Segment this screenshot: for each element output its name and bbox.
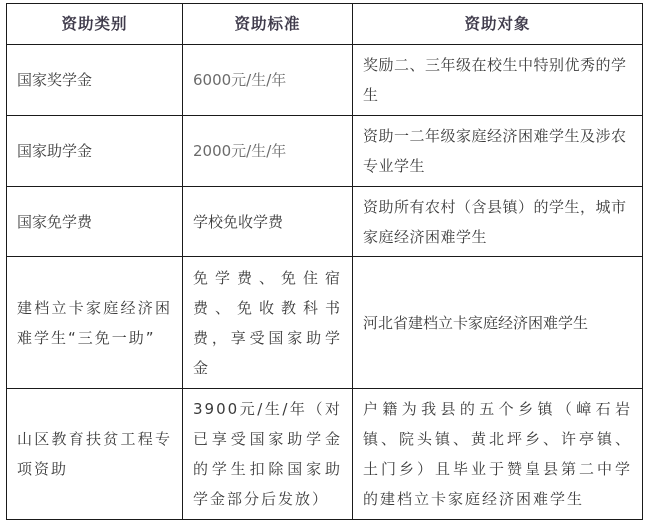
cell-category: 国家奖学金 — [7, 45, 183, 116]
cell-category: 山区教育扶贫工程专项资助 — [7, 389, 183, 520]
cell-target: 户籍为我县的五个乡镇（嶂石岩镇、院头镇、黄北坪乡、许亭镇、土门乡）且毕业于赞皇县… — [353, 389, 643, 520]
cell-standard: 学校免收学费 — [183, 187, 353, 257]
cell-standard: 2000元/生/年 — [183, 116, 353, 187]
cell-category: 国家助学金 — [7, 116, 183, 187]
cell-category: 国家免学费 — [7, 187, 183, 257]
cell-standard: 6000元/生/年 — [183, 45, 353, 116]
subsidy-table: 资助类别 资助标准 资助对象 国家奖学金 6000元/生/年 奖励二、三年级在校… — [6, 3, 643, 520]
cell-target: 河北省建档立卡家庭经济困难学生 — [353, 257, 643, 389]
cell-target: 资助所有农村（含县镇）的学生，城市家庭经济困难学生 — [353, 187, 643, 257]
table-row: 国家奖学金 6000元/生/年 奖励二、三年级在校生中特别优秀的学生 — [7, 45, 643, 116]
table-row: 国家免学费 学校免收学费 资助所有农村（含县镇）的学生，城市家庭经济困难学生 — [7, 187, 643, 257]
table-header-row: 资助类别 资助标准 资助对象 — [7, 4, 643, 45]
header-standard: 资助标准 — [183, 4, 353, 45]
cell-category: 建档立卡家庭经济困难学生“三免一助” — [7, 257, 183, 389]
header-category: 资助类别 — [7, 4, 183, 45]
cell-target: 资助一二年级家庭经济困难学生及涉农专业学生 — [353, 116, 643, 187]
table-row: 山区教育扶贫工程专项资助 3900元/生/年（对已享受国家助学金的学生扣除国家助… — [7, 389, 643, 520]
cell-standard: 免学费、免住宿费、免收教科书费，享受国家助学金 — [183, 257, 353, 389]
cell-target: 奖励二、三年级在校生中特别优秀的学生 — [353, 45, 643, 116]
table-row: 建档立卡家庭经济困难学生“三免一助” 免学费、免住宿费、免收教科书费，享受国家助… — [7, 257, 643, 389]
header-target: 资助对象 — [353, 4, 643, 45]
table-row: 国家助学金 2000元/生/年 资助一二年级家庭经济困难学生及涉农专业学生 — [7, 116, 643, 187]
cell-standard: 3900元/生/年（对已享受国家助学金的学生扣除国家助学金部分后发放） — [183, 389, 353, 520]
